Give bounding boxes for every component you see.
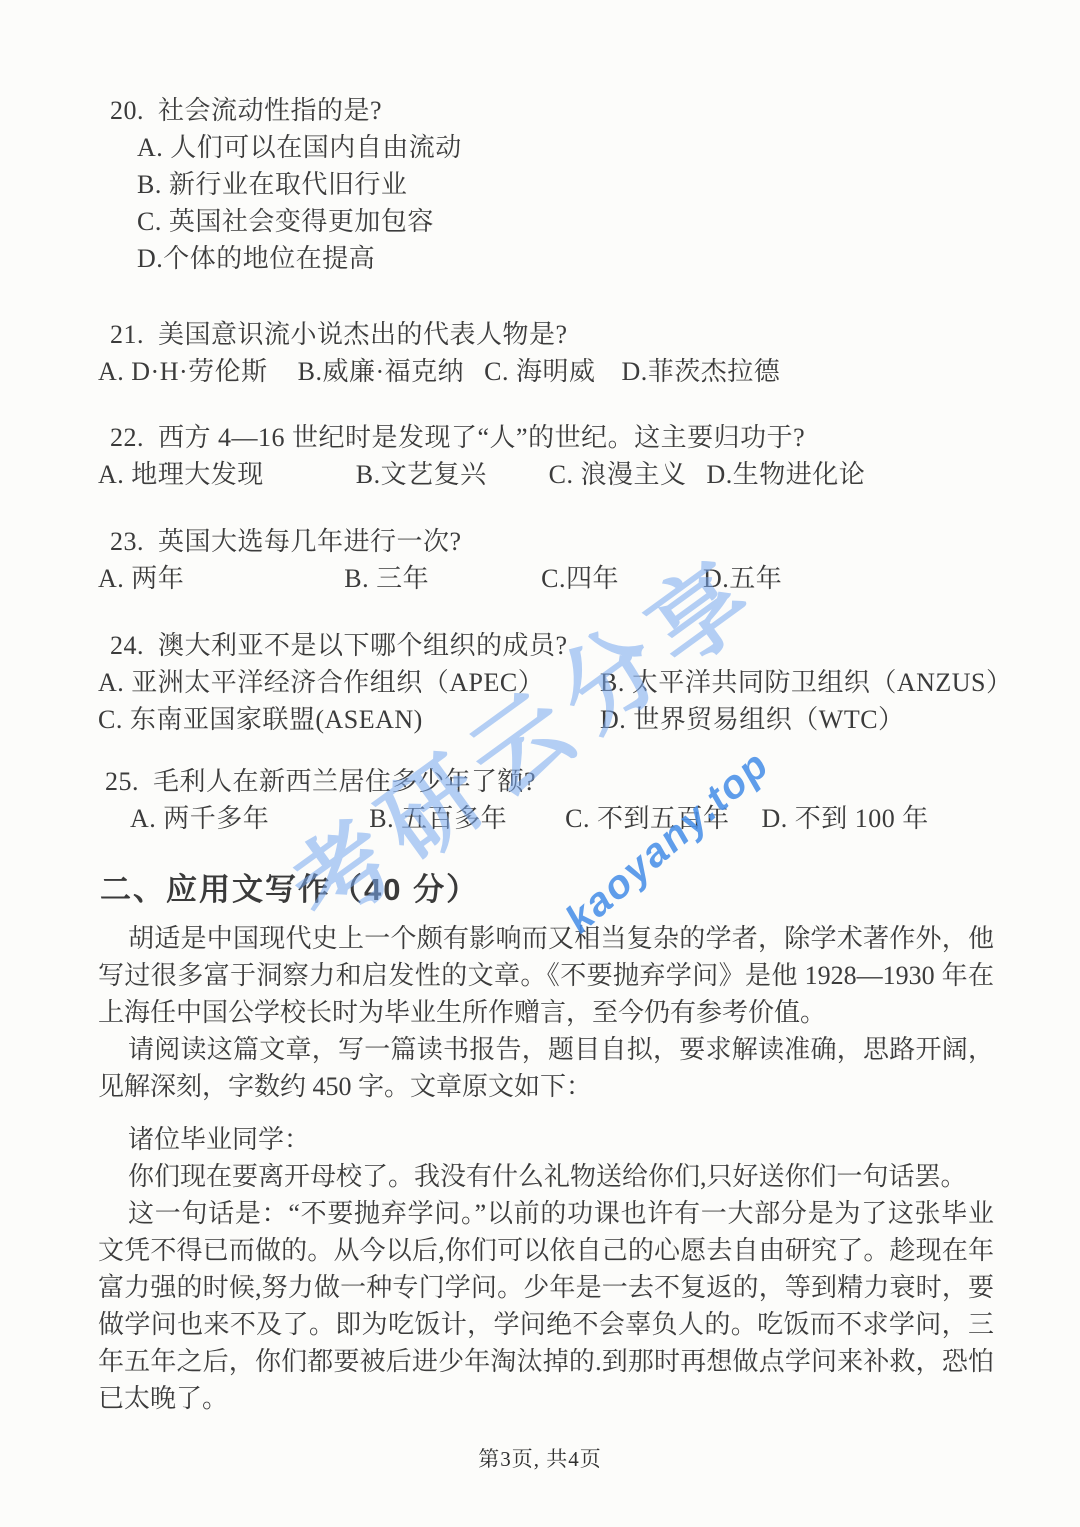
essay-paragraph-body: 这一句话是：“不要抛弃学问。”以前的功课也许有一大部分是为了这张毕业文凭不得已而… — [98, 1195, 994, 1417]
question-number: 21. — [110, 320, 144, 349]
question-22-title: 22.西方 4—16 世纪时是发现了“人”的世纪。这主要归功于? — [110, 419, 865, 456]
question-21-options: A. D·H·劳伦斯 B.威廉·福克纳 C. 海明威 D.菲茨杰拉德 — [98, 353, 780, 390]
question-24-options-row1: A. 亚洲太平洋经济合作组织（APEC） B. 太平洋共同防卫组织（ANZUS） — [98, 664, 1013, 701]
option-a: A. 地理大发现 — [98, 456, 264, 493]
question-number: 23. — [110, 527, 144, 556]
question-number: 22. — [110, 423, 144, 452]
option-a: A. 亚洲太平洋经济合作组织（APEC） — [98, 664, 600, 701]
question-text: 西方 4—16 世纪时是发现了“人”的世纪。这主要归功于? — [158, 423, 805, 452]
essay-block: 胡适是中国现代史上一个颇有影响而又相当复杂的学者，除学术著作外，他写过很多富于洞… — [98, 920, 994, 1417]
question-20: 20.社会流动性指的是? A. 人们可以在国内自由流动 B. 新行业在取代旧行业… — [98, 92, 462, 277]
option-a: A. D·H·劳伦斯 — [98, 353, 268, 390]
option-b: B. 三年 — [344, 560, 429, 597]
question-text: 英国大选每几年进行一次? — [158, 527, 462, 556]
page-number-footer: 第3页, 共4页 — [0, 1443, 1080, 1473]
option-b: B.文艺复兴 — [356, 456, 487, 493]
exam-page: 20.社会流动性指的是? A. 人们可以在国内自由流动 B. 新行业在取代旧行业… — [0, 0, 1080, 1527]
option-d: D.菲茨杰拉德 — [622, 353, 781, 390]
question-number: 20. — [110, 96, 144, 125]
option-b: B.威廉·福克纳 — [298, 353, 465, 390]
option-a: A. 人们可以在国内自由流动 — [137, 129, 462, 166]
option-a: A. 两千多年 — [130, 800, 269, 837]
question-25: 25.毛利人在新西兰居住多少年了额? A. 两千多年 B. 五百多年 C. 不到… — [98, 763, 929, 837]
option-b: B. 五百多年 — [369, 800, 507, 837]
option-d: D.生物进化论 — [706, 456, 865, 493]
question-22-options: A. 地理大发现 B.文艺复兴 C. 浪漫主义 D.生物进化论 — [98, 456, 865, 493]
question-number: 24. — [110, 631, 144, 660]
question-24-options-row2: C. 东南亚国家联盟(ASEAN) D. 世界贸易组织（WTC） — [98, 701, 1013, 738]
option-b: B. 新行业在取代旧行业 — [137, 166, 462, 203]
option-d: D. 世界贸易组织（WTC） — [600, 701, 905, 738]
question-number: 25. — [105, 767, 139, 796]
option-d: D.个体的地位在提高 — [137, 240, 462, 277]
question-23-options: A. 两年 B. 三年 C.四年 D.五年 — [98, 560, 782, 597]
question-23-title: 23.英国大选每几年进行一次? — [110, 523, 782, 560]
question-text: 毛利人在新西兰居住多少年了额? — [153, 767, 536, 796]
section-title: 二、应用文写作（40 分） — [100, 864, 479, 909]
option-d: D. 不到 100 年 — [761, 800, 928, 837]
question-text: 澳大利亚不是以下哪个组织的成员? — [158, 631, 568, 660]
option-a: A. 两年 — [98, 560, 184, 597]
option-c: C. 东南亚国家联盟(ASEAN) — [98, 701, 600, 738]
option-c: C. 海明威 — [484, 353, 595, 390]
question-25-options: A. 两千多年 B. 五百多年 C. 不到五百年 D. 不到 100 年 — [130, 800, 929, 837]
essay-salutation: 诸位毕业同学： — [98, 1121, 994, 1158]
option-d: D.五年 — [703, 560, 782, 597]
question-21: 21.美国意识流小说杰出的代表人物是? A. D·H·劳伦斯 B.威廉·福克纳 … — [98, 316, 780, 390]
option-c: C. 浪漫主义 — [549, 456, 687, 493]
question-21-title: 21.美国意识流小说杰出的代表人物是? — [110, 316, 780, 353]
question-20-title: 20.社会流动性指的是? — [110, 92, 462, 129]
essay-paragraph-task: 请阅读这篇文章，写一篇读书报告，题目自拟，要求解读准确，思路开阔，见解深刻，字数… — [98, 1031, 994, 1105]
question-24-title: 24.澳大利亚不是以下哪个组织的成员? — [110, 627, 1013, 664]
essay-paragraph-opening: 你们现在要离开母校了。我没有什么礼物送给你们,只好送你们一句话罢。 — [98, 1158, 994, 1195]
question-23: 23.英国大选每几年进行一次? A. 两年 B. 三年 C.四年 D.五年 — [98, 523, 782, 597]
option-c: C. 不到五百年 — [565, 800, 729, 837]
question-text: 美国意识流小说杰出的代表人物是? — [158, 320, 568, 349]
question-24: 24.澳大利亚不是以下哪个组织的成员? A. 亚洲太平洋经济合作组织（APEC）… — [98, 627, 1013, 738]
question-20-options: A. 人们可以在国内自由流动 B. 新行业在取代旧行业 C. 英国社会变得更加包… — [137, 129, 462, 277]
option-c: C.四年 — [541, 560, 619, 597]
option-c: C. 英国社会变得更加包容 — [137, 203, 462, 240]
question-text: 社会流动性指的是? — [158, 96, 382, 125]
question-25-title: 25.毛利人在新西兰居住多少年了额? — [105, 763, 929, 800]
essay-paragraph-intro: 胡适是中国现代史上一个颇有影响而又相当复杂的学者，除学术著作外，他写过很多富于洞… — [98, 920, 994, 1031]
option-b: B. 太平洋共同防卫组织（ANZUS） — [600, 664, 1013, 701]
question-22: 22.西方 4—16 世纪时是发现了“人”的世纪。这主要归功于? A. 地理大发… — [98, 419, 865, 493]
